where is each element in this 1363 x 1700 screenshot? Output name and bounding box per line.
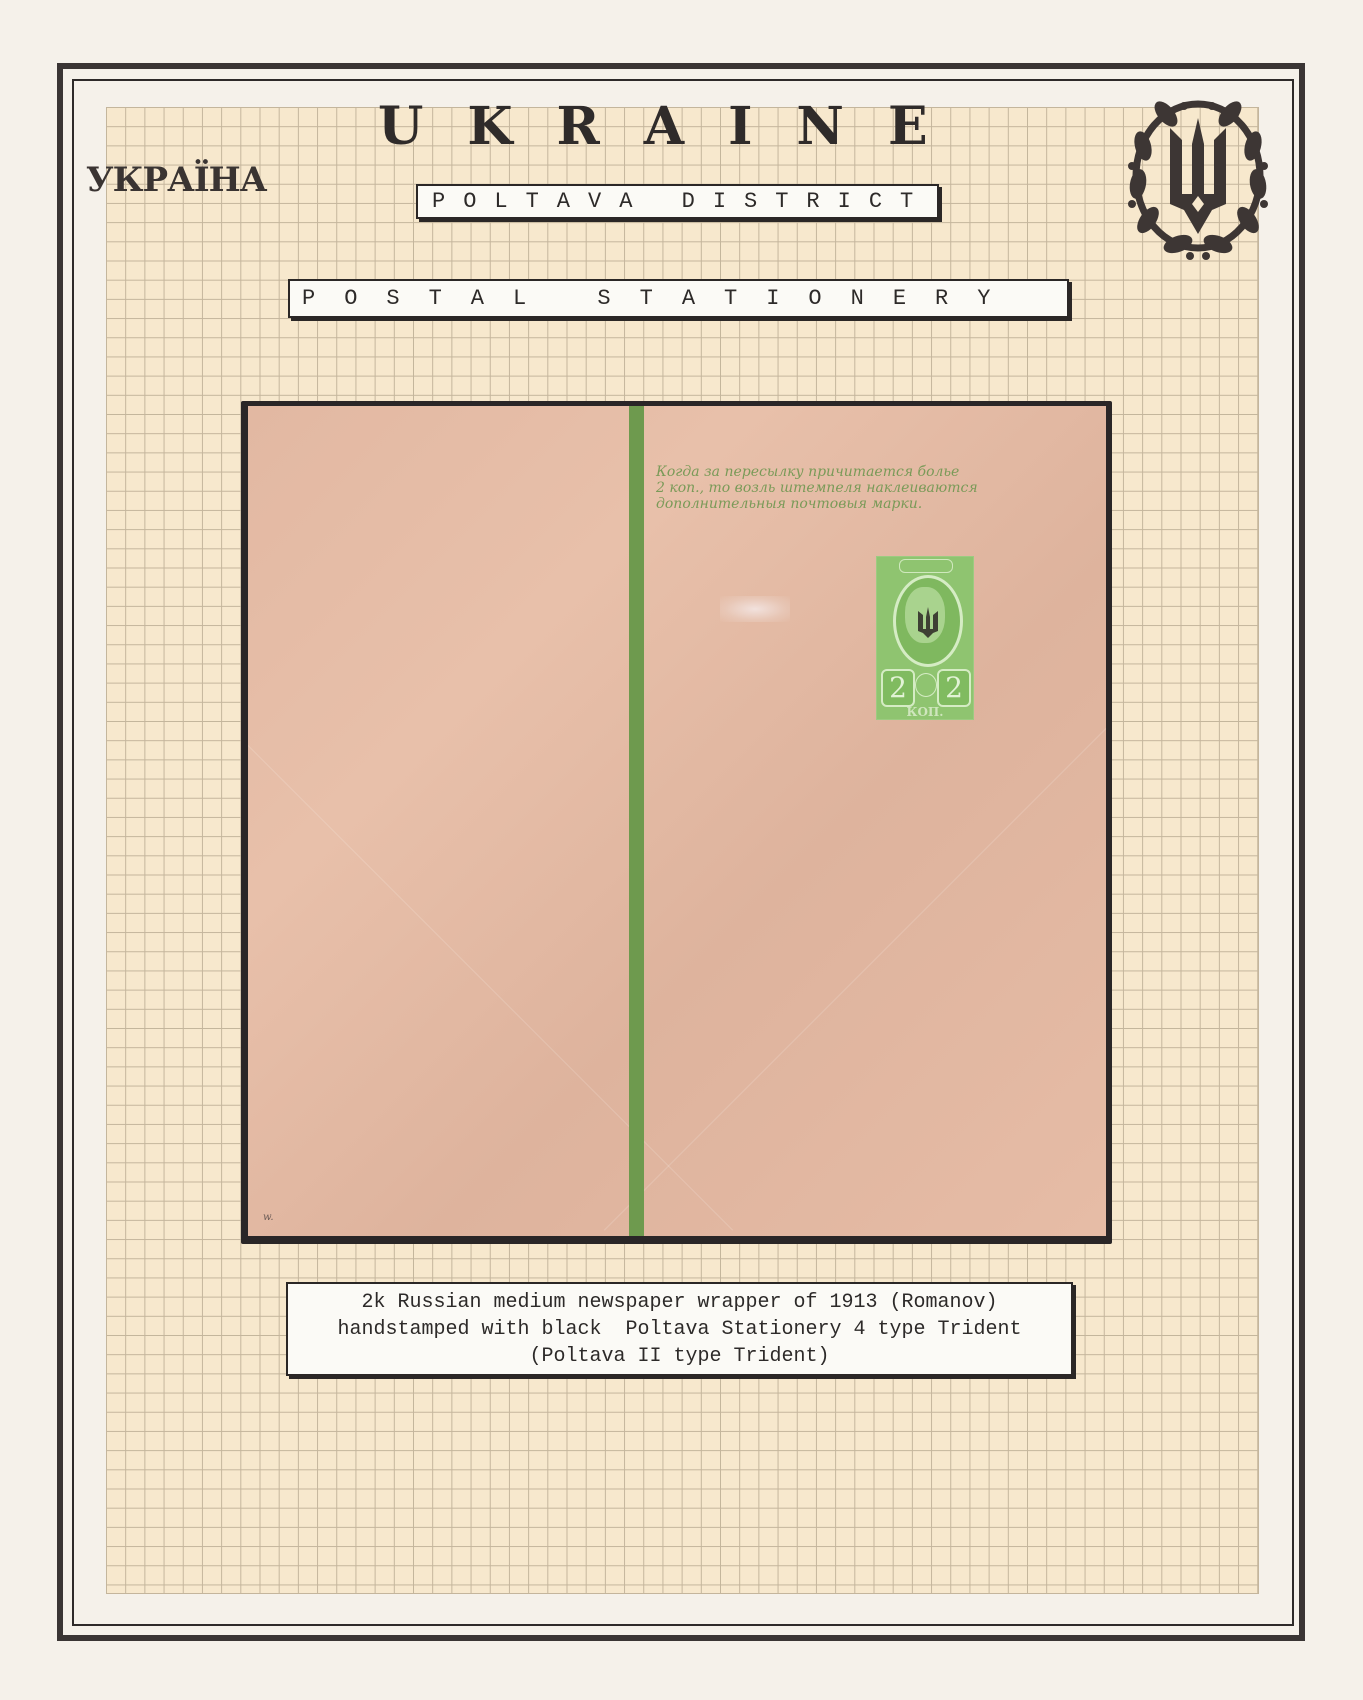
wrapper-instructions: Когда за пересылку причитается болье 2 к… — [656, 464, 1056, 512]
newspaper-wrapper: Когда за пересылку причитается болье 2 к… — [248, 406, 1106, 1236]
stamp-currency: КОП. — [877, 705, 973, 719]
imprinted-stamp: 2 2 КОП. — [876, 556, 974, 720]
fold-crease — [604, 406, 1106, 1231]
pencil-initial: w. — [263, 1212, 274, 1223]
district-label: POLTAVA DISTRICT — [416, 184, 939, 219]
item-description: 2k Russian medium newspaper wrapper of 1… — [286, 1282, 1073, 1376]
stamp-cartouche — [899, 559, 953, 573]
instruction-line: Когда за пересылку причитается болье — [656, 464, 1056, 480]
description-line: (Poltava II type Trident) — [529, 1343, 829, 1370]
green-band — [629, 406, 644, 1236]
description-line: handstamped with black Poltava Stationer… — [337, 1316, 1021, 1343]
instruction-line: 2 коп., то возль штемпеля наклеиваются — [656, 480, 1056, 496]
district-label-text: POLTAVA DISTRICT — [432, 189, 931, 214]
ukrainian-title: УКРАЇНА — [86, 160, 267, 200]
section-label-text: POSTAL STATIONERY — [302, 286, 1019, 311]
instruction-line: дополнительныя почтовыя марки. — [656, 496, 1056, 512]
stamp-value-right: 2 — [937, 669, 971, 707]
section-label: POSTAL STATIONERY — [288, 279, 1069, 318]
page-title: UKRAINE — [378, 96, 998, 157]
paper-stain — [720, 596, 790, 622]
stamp-value-left: 2 — [881, 669, 915, 707]
stamp-monogram — [915, 673, 937, 697]
trident-wreath-icon — [1118, 84, 1278, 264]
fold-crease — [248, 406, 733, 1231]
description-line: 2k Russian medium newspaper wrapper of 1… — [361, 1289, 997, 1316]
trident-handstamp-icon — [913, 605, 943, 639]
